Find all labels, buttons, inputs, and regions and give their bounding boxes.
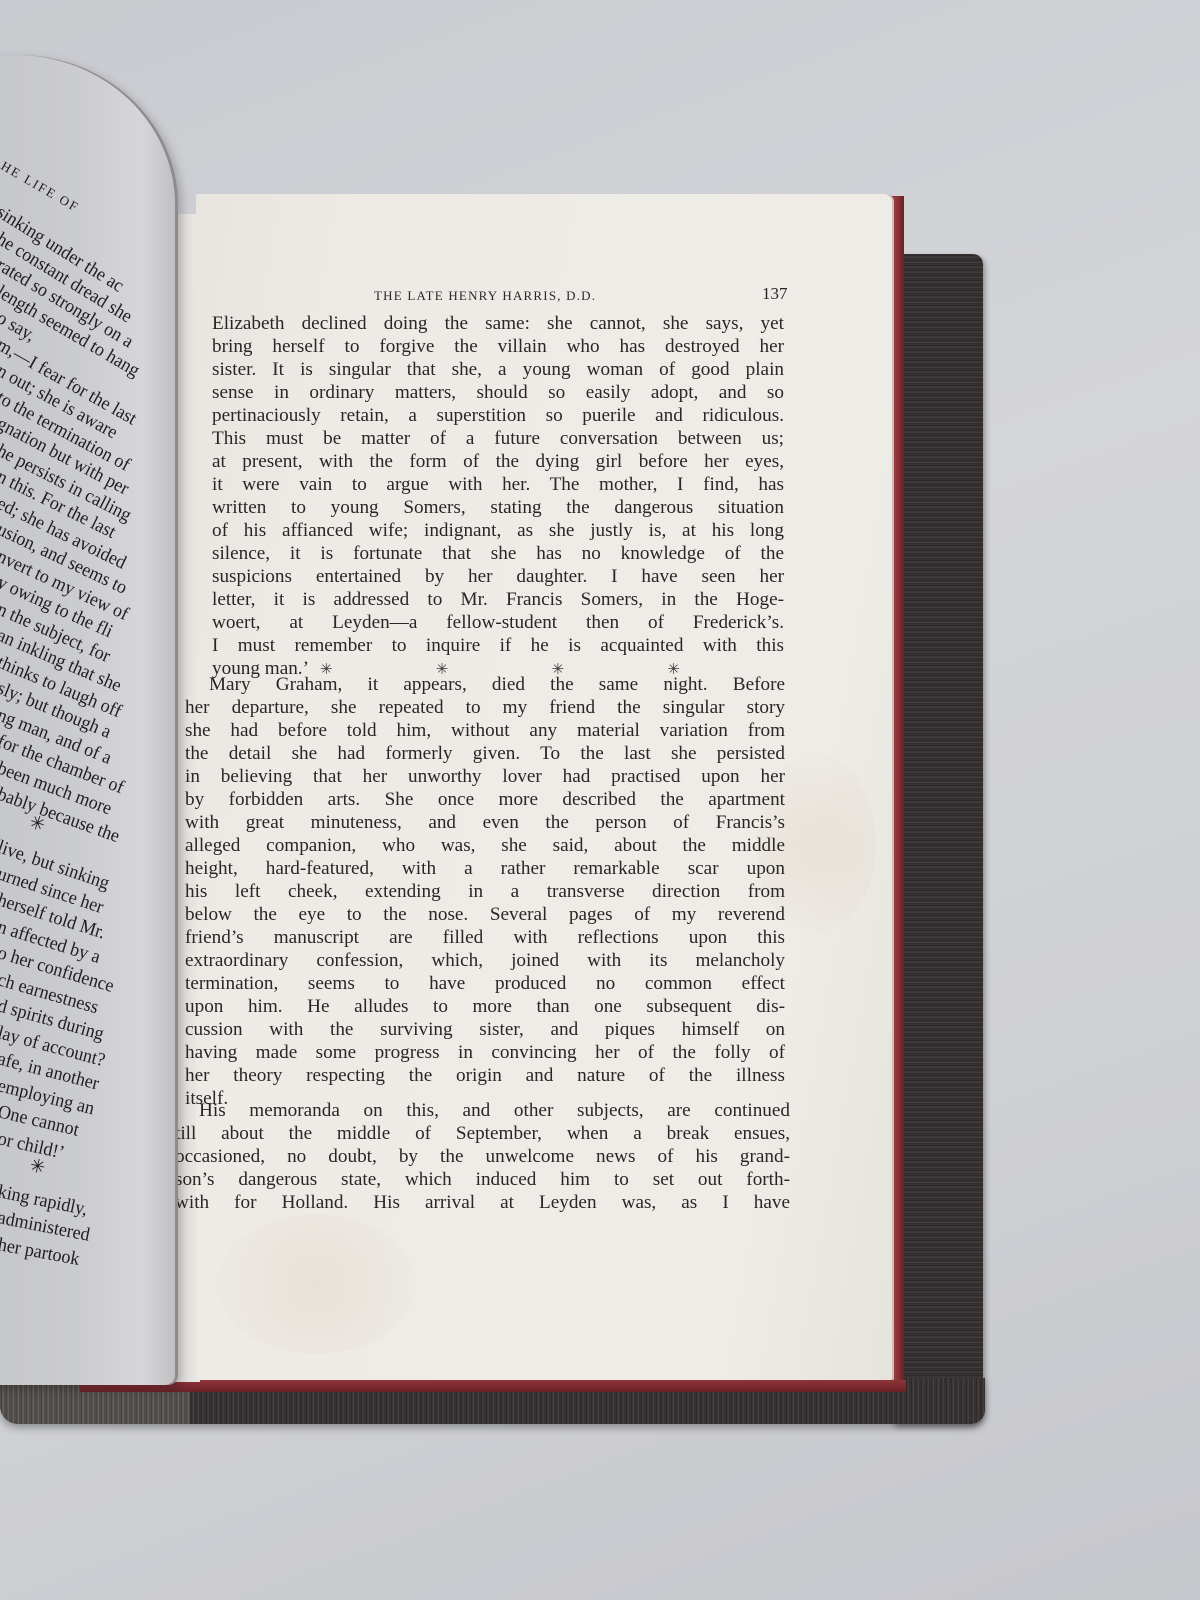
text-line: written to young Somers, stating the dan… (212, 496, 784, 519)
text-line: below the eye to the nose. Several pages… (185, 903, 785, 926)
text-line: Elizabeth declined doing the same: she c… (212, 312, 784, 335)
left-page-text: HE LIFE OF sinking under the ache consta… (0, 55, 170, 1385)
text-line: by forbidden arts. She once more describ… (185, 788, 785, 811)
asterism-icon: ✳ (28, 1154, 48, 1180)
text-line: the detail she had formerly given. To th… (185, 742, 785, 765)
paragraph-2: Mary Graham, it appears, died the same n… (185, 673, 785, 1110)
text-line: I must remember to inquire if he is acqu… (212, 634, 784, 657)
text-line: occasioned, no doubt, by the unwelcome n… (175, 1145, 790, 1168)
paragraph-1: Elizabeth declined doing the same: she c… (212, 312, 784, 680)
back-cover-board (893, 254, 983, 1424)
left-page: HE LIFE OF sinking under the ache consta… (0, 55, 175, 1385)
text-line: of his affianced wife; indignant, as she… (212, 519, 784, 542)
text-line: termination, seems to have produced no c… (185, 972, 785, 995)
paragraph-3: His memoranda on this, and other subject… (175, 1099, 790, 1214)
page-number: 137 (762, 284, 788, 304)
text-line: his left cheek, extending in a transvers… (185, 880, 785, 903)
text-line: bring herself to forgive the villain who… (212, 335, 784, 358)
text-line: pertinaciously retain, a superstition so… (212, 404, 784, 427)
text-line: it were vain to argue with her. The moth… (212, 473, 784, 496)
running-head: THE LATE HENRY HARRIS, D.D. (374, 288, 596, 304)
text-line: son’s dangerous state, which induced him… (175, 1168, 790, 1191)
page-stain (216, 1214, 416, 1354)
text-line: she had before told him, without any mat… (185, 719, 785, 742)
text-line: with for Holland. His arrival at Leyden … (175, 1191, 790, 1214)
text-line: His memoranda on this, and other subject… (175, 1099, 790, 1122)
text-line: her theory respecting the origin and nat… (185, 1064, 785, 1087)
text-line: in believing that her unworthy lover had… (185, 765, 785, 788)
text-line: sister. It is singular that she, a young… (212, 358, 784, 381)
text-line: suspicions entertained by her daughter. … (212, 565, 784, 588)
text-line: alleged companion, who was, she said, ab… (185, 834, 785, 857)
text-line: cussion with the surviving sister, and p… (185, 1018, 785, 1041)
red-page-edge-bottom (80, 1380, 906, 1392)
text-line: her departure, she repeated to my friend… (185, 696, 785, 719)
text-line: Mary Graham, it appears, died the same n… (185, 673, 785, 696)
book-photo: THE LATE HENRY HARRIS, D.D. 137 Elizabet… (0, 0, 1200, 1600)
text-line: This must be matter of a future conversa… (212, 427, 784, 450)
text-line: extraordinary confession, which, joined … (185, 949, 785, 972)
text-line: silence, it is fortunate that she has no… (212, 542, 784, 565)
text-line: height, hard-featured, with a rather rem… (185, 857, 785, 880)
text-line: friend’s manuscript are filled with refl… (185, 926, 785, 949)
text-line: having made some progress in convincing … (185, 1041, 785, 1064)
text-line: till about the middle of September, when… (175, 1122, 790, 1145)
text-line: with great minuteness, and even the pers… (185, 811, 785, 834)
text-line: woert, at Leyden—a fellow-student then o… (212, 611, 784, 634)
text-line: letter, it is addressed to Mr. Francis S… (212, 588, 784, 611)
text-line: sense in ordinary matters, should so eas… (212, 381, 784, 404)
text-line: upon him. He alludes to more than one su… (185, 995, 785, 1018)
text-line: at present, with the form of the dying g… (212, 450, 784, 473)
